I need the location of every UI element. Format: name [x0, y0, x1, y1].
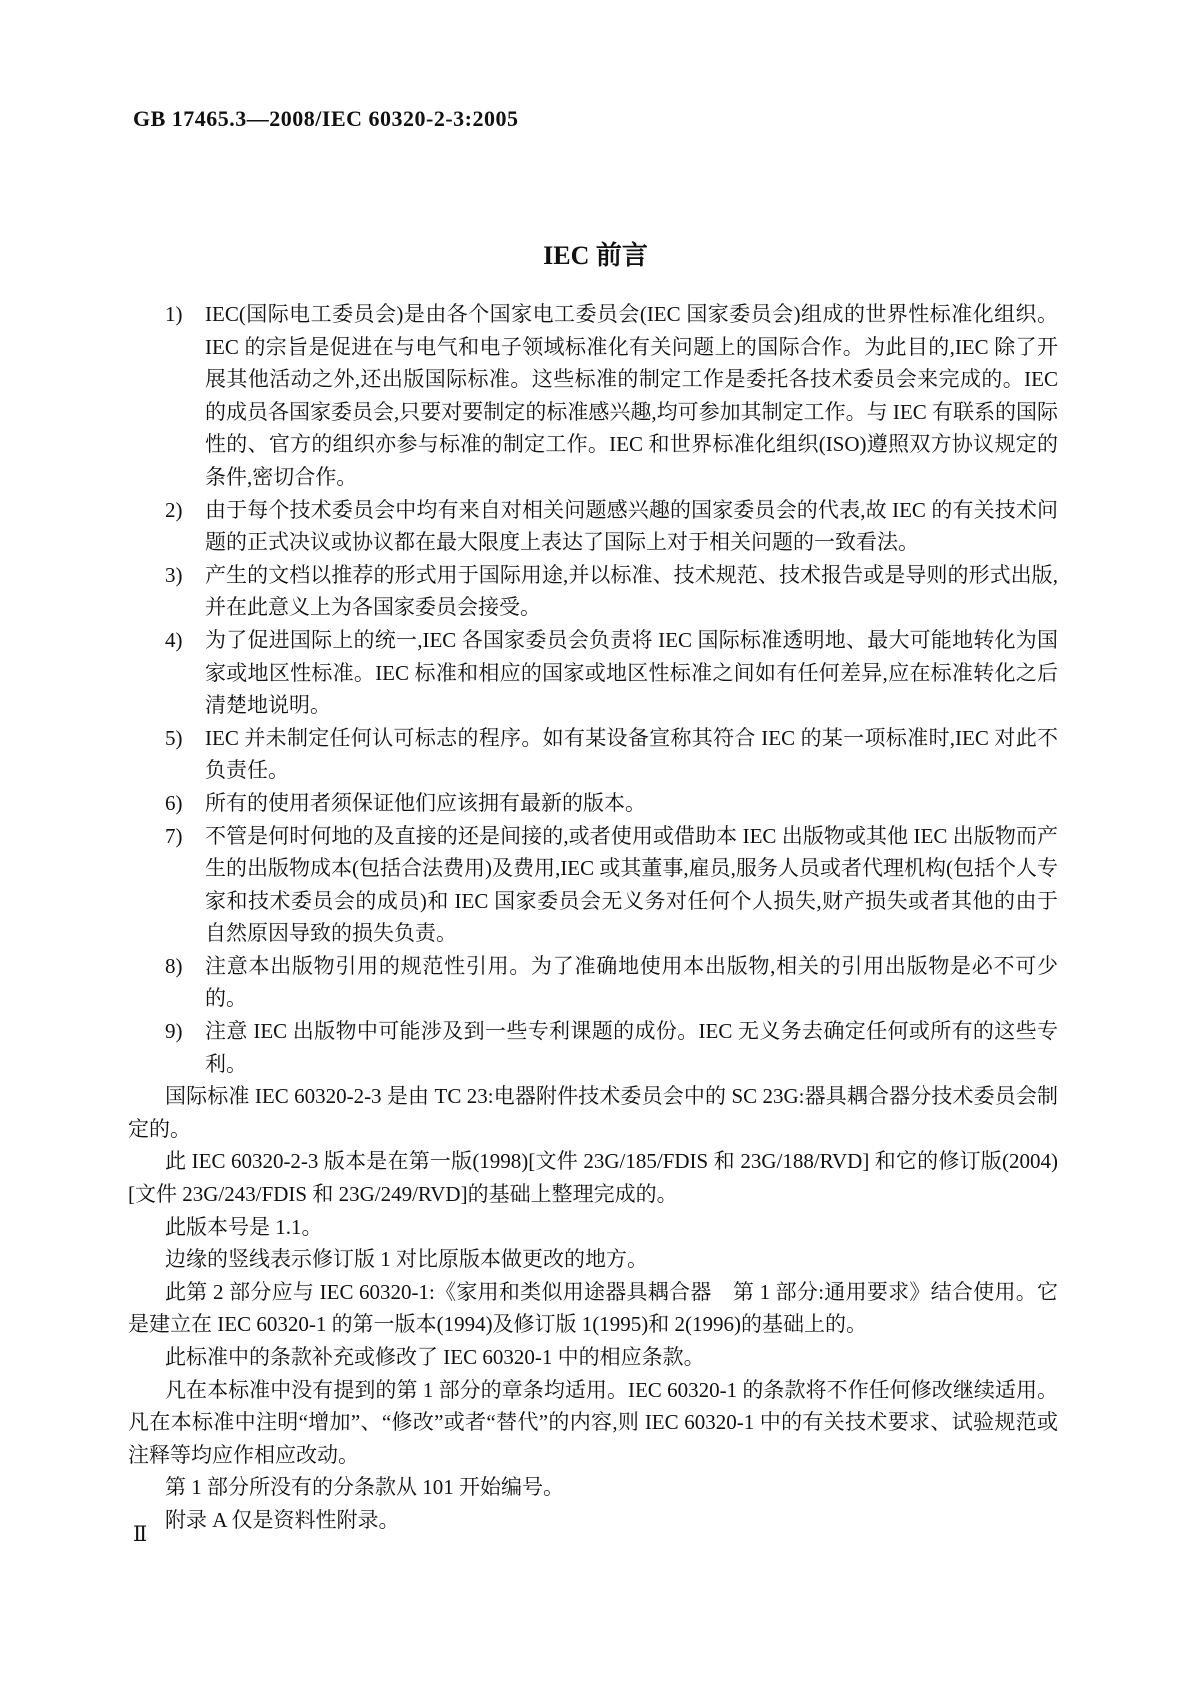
paragraph: 凡在本标准中没有提到的第 1 部分的章条均适用。IEC 60320-1 的条款将…: [128, 1374, 1058, 1472]
list-item: 8) 注意本出版物引用的规范性引用。为了准确地使用本出版物,相关的引用出版物是必…: [128, 950, 1058, 1015]
list-item-number: 8): [165, 950, 205, 983]
list-item: 4) 为了促进国际上的统一,IEC 各国家委员会负责将 IEC 国际标准透明地、…: [128, 624, 1058, 722]
list-item: 5) IEC 并未制定任何认可标志的程序。如有某设备宣称其符合 IEC 的某一项…: [128, 722, 1058, 787]
paragraph: 此标准中的条款补充或修改了 IEC 60320-1 中的相应条款。: [128, 1341, 1058, 1374]
paragraph: 此版本号是 1.1。: [128, 1211, 1058, 1244]
paragraph: 边缘的竖线表示修订版 1 对比原版本做更改的地方。: [128, 1243, 1058, 1276]
list-item-text: 注意本出版物引用的规范性引用。为了准确地使用本出版物,相关的引用出版物是必不可少…: [205, 950, 1058, 1015]
paragraph: 此第 2 部分应与 IEC 60320-1:《家用和类似用途器具耦合器 第 1 …: [128, 1276, 1058, 1341]
standard-number-header: GB 17465.3—2008/IEC 60320-2-3:2005: [133, 106, 519, 132]
list-item: 6) 所有的使用者须保证他们应该拥有最新的版本。: [128, 787, 1058, 820]
paragraph: 此 IEC 60320-2-3 版本是在第一版(1998)[文件 23G/185…: [128, 1145, 1058, 1210]
list-item-number: 9): [165, 1015, 205, 1048]
list-item-text: IEC(国际电工委员会)是由各个国家电工委员会(IEC 国家委员会)组成的世界性…: [205, 298, 1058, 494]
list-item-number: 3): [165, 559, 205, 592]
list-item-number: 1): [165, 298, 205, 331]
paragraph: 第 1 部分所没有的分条款从 101 开始编号。: [128, 1471, 1058, 1504]
list-item-number: 7): [165, 820, 205, 853]
list-item-text: 注意 IEC 出版物中可能涉及到一些专利课题的成份。IEC 无义务去确定任何或所…: [205, 1015, 1058, 1080]
list-item: 7) 不管是何时何地的及直接的还是间接的,或者使用或借助本 IEC 出版物或其他…: [128, 820, 1058, 950]
list-item-number: 4): [165, 624, 205, 657]
list-item-text: 所有的使用者须保证他们应该拥有最新的版本。: [205, 787, 1058, 820]
paragraph: 附录 A 仅是资料性附录。: [128, 1504, 1058, 1537]
foreword-body: 1) IEC(国际电工委员会)是由各个国家电工委员会(IEC 国家委员会)组成的…: [128, 298, 1058, 1537]
list-item: 3) 产生的文档以推荐的形式用于国际用途,并以标准、技术规范、技术报告或是导则的…: [128, 559, 1058, 624]
list-item-text: 产生的文档以推荐的形式用于国际用途,并以标准、技术规范、技术报告或是导则的形式出…: [205, 559, 1058, 624]
document-page: GB 17465.3—2008/IEC 60320-2-3:2005 IEC 前…: [0, 0, 1191, 1684]
list-item: 9) 注意 IEC 出版物中可能涉及到一些专利课题的成份。IEC 无义务去确定任…: [128, 1015, 1058, 1080]
list-item: 1) IEC(国际电工委员会)是由各个国家电工委员会(IEC 国家委员会)组成的…: [128, 298, 1058, 494]
list-item-number: 5): [165, 722, 205, 755]
page-number: Ⅱ: [133, 1522, 147, 1547]
list-item-text: IEC 并未制定任何认可标志的程序。如有某设备宣称其符合 IEC 的某一项标准时…: [205, 722, 1058, 787]
list-item: 2) 由于每个技术委员会中均有来自对相关问题感兴趣的国家委员会的代表,故 IEC…: [128, 494, 1058, 559]
list-item-number: 2): [165, 494, 205, 527]
list-item-number: 6): [165, 787, 205, 820]
list-item-text: 由于每个技术委员会中均有来自对相关问题感兴趣的国家委员会的代表,故 IEC 的有…: [205, 494, 1058, 559]
list-item-text: 不管是何时何地的及直接的还是间接的,或者使用或借助本 IEC 出版物或其他 IE…: [205, 820, 1058, 950]
list-item-text: 为了促进国际上的统一,IEC 各国家委员会负责将 IEC 国际标准透明地、最大可…: [205, 624, 1058, 722]
paragraph: 国际标准 IEC 60320-2-3 是由 TC 23:电器附件技术委员会中的 …: [128, 1080, 1058, 1145]
page-title: IEC 前言: [0, 235, 1191, 272]
